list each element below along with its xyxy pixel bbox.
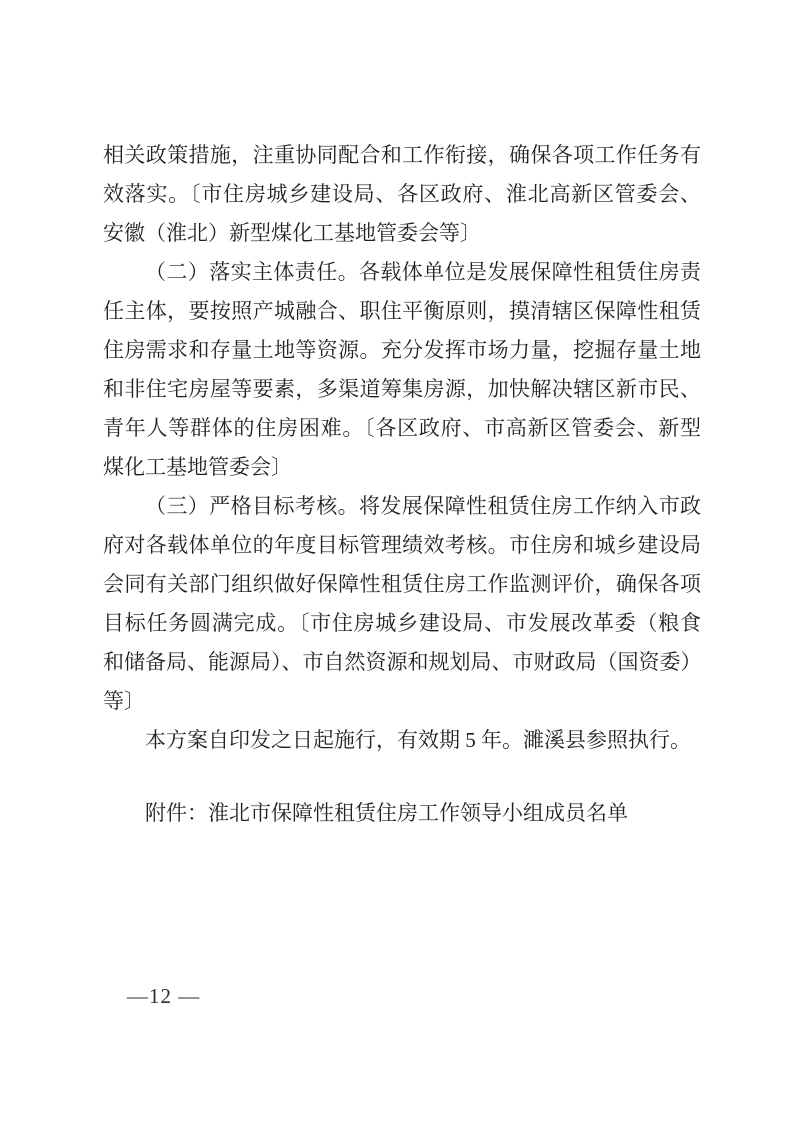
- document-body: 相关政策措施，注重协同配合和工作衔接，确保各项工作任务有 效落实。〔市住房城乡建…: [103, 136, 701, 833]
- body-line: 和非住宅房屋等要素，多渠道筹集房源，加快解决辖区新市民、: [103, 370, 701, 409]
- body-line: 府对各载体单位的年度目标管理绩效考核。市住房和城乡建设局: [103, 526, 701, 565]
- body-line: 会同有关部门组织做好保障性租赁住房工作监测评价，确保各项: [103, 565, 701, 604]
- body-line-paragraph-start: （三）严格目标考核。将发展保障性租赁住房工作纳入市政: [103, 487, 701, 526]
- document-page: 相关政策措施，注重协同配合和工作衔接，确保各项工作任务有 效落实。〔市住房城乡建…: [0, 0, 792, 1122]
- body-line: 目标任务圆满完成。〔市住房城乡建设局、市发展改革委（粮食: [103, 604, 701, 643]
- body-line: 安徽（淮北）新型煤化工基地管委会等〕: [103, 214, 701, 253]
- body-line: 和储备局、能源局）、市自然资源和规划局、市财政局（国资委）: [103, 643, 701, 682]
- body-line: 任主体，要按照产城融合、职住平衡原则，摸清辖区保障性租赁: [103, 292, 701, 331]
- body-line: 相关政策措施，注重协同配合和工作衔接，确保各项工作任务有: [103, 136, 701, 175]
- body-line-paragraph-start: （二）落实主体责任。各载体单位是发展保障性租赁住房责: [103, 253, 701, 292]
- page-number: —12 —: [127, 984, 200, 1008]
- body-line: 住房需求和存量土地等资源。充分发挥市场力量，挖掘存量土地: [103, 331, 701, 370]
- body-line: 等〕: [103, 682, 701, 721]
- body-line: 青年人等群体的住房困难。〔各区政府、市高新区管委会、新型: [103, 409, 701, 448]
- attachment-note: 附件：淮北市保障性租赁住房工作领导小组成员名单: [103, 794, 701, 833]
- body-line: 效落实。〔市住房城乡建设局、各区政府、淮北高新区管委会、: [103, 175, 701, 214]
- body-line-paragraph-start: 本方案自印发之日起施行，有效期 5 年。濉溪县参照执行。: [103, 721, 701, 760]
- body-line: 煤化工基地管委会〕: [103, 448, 701, 487]
